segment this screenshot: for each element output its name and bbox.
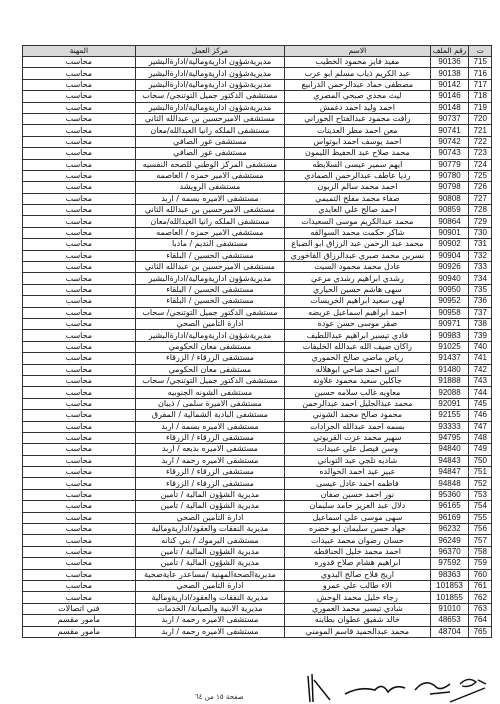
row-seq: 729 [469,216,492,227]
row-seq: 761 [469,580,492,591]
row-seq: 731 [469,239,492,250]
row-name: احمد محمد سالم الزبون [285,182,430,193]
row-profession: مأمور مقسم [23,615,136,626]
table-row: 71590136مفيد فايز محمود الخطيبمديريةشؤون… [23,57,492,68]
table-row: 74592091محمد عبدالجليل احمد عبدالرحمنمست… [23,398,492,409]
row-profession: فني اتصالات [23,603,136,614]
row-profession: محاسب [23,136,136,147]
row-file-no: 92088 [430,387,469,398]
table-row: 75094843شاديه تلجي عبد التوبانيمستشفى ال… [23,455,492,466]
row-file-no: 90902 [430,239,469,250]
row-file-no: 90926 [430,262,469,273]
row-work-center: مديرية الشؤون المالية / تأمين [135,501,285,512]
row-file-no: 90142 [430,79,469,90]
table-row: 72190741معن احمد مطر العديناتمستشفى المل… [23,125,492,136]
row-file-no: 94843 [430,455,469,466]
row-file-no: 101855 [430,592,469,603]
row-profession: محاسب [23,205,136,216]
row-seq: 744 [469,387,492,398]
header-work-center: مركز العمل [135,46,285,57]
row-profession: محاسب [23,421,136,432]
row-profession: محاسب [23,182,136,193]
row-work-center: مستشفى الزرقاء / الزرقاء [135,478,285,489]
row-name: الاء طالب علي عمرو [285,580,430,591]
row-name: سهير محمد عزت القريوتي [285,432,430,443]
row-name: اريج فلاح صالح البدوي [285,569,430,580]
table-row: 75896370احمد محمد خليل الحناقطهمديرية ال… [23,546,492,557]
row-work-center: مديرية الابنية والصيانة/ الخدمات [135,603,285,614]
row-file-no: 93333 [430,421,469,432]
row-seq: 720 [469,113,492,124]
row-seq: 737 [469,307,492,318]
row-seq: 728 [469,205,492,216]
row-seq: 725 [469,170,492,181]
row-file-no: 90742 [430,136,469,147]
row-seq: 735 [469,284,492,295]
row-name: محمد عبدالكريم موسى السعيدات [285,216,430,227]
table-header-row: ت رقم الملف الاسم مركز العمل المهنة [23,46,492,57]
row-name: رأفت محمود عبدالفتاح الحوراني [285,113,430,124]
row-profession: محاسب [23,410,136,421]
table-row: 75696232جهاد حسن سليمان ابو خضرهمديرية ا… [23,524,492,535]
row-name: حسان رضوان محمد عبيدات [285,535,430,546]
table-row: 74492088معاويه غالب سلامه حسينمستشفى الش… [23,387,492,398]
row-seq: 743 [469,375,492,386]
table-row: 72290742احمد يوسف احمد ابوتواسمستشفى غور… [23,136,492,147]
row-name: معن احمد مطر العدينات [285,125,430,136]
row-name: محمد عبدالحميد قاسم المومني [285,626,430,637]
row-seq: 738 [469,318,492,329]
row-seq: 755 [469,512,492,523]
header-file-no: رقم الملف [430,46,469,57]
table-row: 71790142مصطفى حماد عبدالرحمن الدرابيعمدي… [23,79,492,90]
row-work-center: مستشفى الحسين / البلقاء [135,284,285,295]
row-seq: 747 [469,421,492,432]
table-row: 74391888جاكلين سعيد محمود علاونهمستشفى ا… [23,375,492,386]
row-seq: 727 [469,193,492,204]
row-file-no: 94847 [430,467,469,478]
row-name: وسن فيصل علي عبيدات [285,444,430,455]
table-row: 72590780رديا عاطف عبدالرحمن الصماديمستشف… [23,170,492,181]
row-work-center: مديريةشؤون اداريةومالية/ادارةالبشير [135,79,285,90]
row-profession: مأمور مقسم [23,626,136,637]
row-work-center: مستشفى الاميره رحمه / اربد [135,626,285,637]
row-work-center: مستشفى الامير حمزه / العاصمه [135,170,285,181]
table-row: 71690138عبد الكريم ذياب مسلم ابو عربمدير… [23,68,492,79]
row-name: شاكر حكمت محمد السوالقه [285,227,430,238]
table-body: 71590136مفيد فايز محمود الخطيبمديريةشؤون… [23,57,492,638]
row-work-center: مستشفى الاميره بسمه / اربد [135,193,285,204]
row-profession: محاسب [23,262,136,273]
row-name: محمد عبد الرحمن عبد الرزاق ابو الضباع [285,239,430,250]
table-row: 73490940رشدي ابراهيم رشدي مرعيمديريةشؤون… [23,273,492,284]
row-profession: محاسب [23,273,136,284]
row-seq: 763 [469,603,492,614]
row-file-no: 90743 [430,148,469,159]
row-work-center: مديريةالصحةالمهنية /مساعدر عايةصحية [135,569,285,580]
row-file-no: 90952 [430,296,469,307]
table-row: 72990864محمد عبدالكريم موسى السعيداتمستش… [23,216,492,227]
table-row: 75294848فاطمه احمد عادل عيسىمستشفى الزرق… [23,478,492,489]
row-work-center: مستشفى الاميرحسين بن عبدالله الثاني [135,113,285,124]
table-row: 75796249حسان رضوان محمد عبيداتمستشفى الي… [23,535,492,546]
row-seq: 715 [469,57,492,68]
table-row: 74091025راكان ضيف الله عبدالله الخليفاتم… [23,341,492,352]
row-work-center: مستشفى الاميرة سلمى / ذيبان [135,398,285,409]
row-name: رديا عاطف عبدالرحمن الصمادي [285,170,430,181]
table-row: 74191437رياض ماضي صالح الحموريمستشفى الز… [23,353,492,364]
row-seq: 748 [469,432,492,443]
row-work-center: مديريةشؤون اداريةومالية/ادارةالبشير [135,330,285,341]
row-name: محمود صالح محمد الشوني [285,410,430,421]
row-seq: 724 [469,159,492,170]
row-work-center: مستشفى الشونه الجنوبيه [135,387,285,398]
row-profession: محاسب [23,524,136,535]
table-row: 762101855رجاء خليل محمد الوحشمديرية النف… [23,592,492,603]
row-seq: 733 [469,262,492,273]
row-work-center: مستشفى الملكه رانيا العبدالله/معان [135,216,285,227]
row-file-no: 96232 [430,524,469,535]
table-row: 72690798احمد محمد سالم الزبونمستشفى الرو… [23,182,492,193]
row-name: انس احمد ضاحي ابوهلاله [285,364,430,375]
row-file-no: 90901 [430,227,469,238]
table-row: 75997592ابراهيم هشام صلاح قدورهمديرية ال… [23,558,492,569]
row-seq: 753 [469,489,492,500]
row-name: ايهم سمير عيسى السلايطه [285,159,430,170]
row-name: عبير عيد احمد الخوالده [285,467,430,478]
row-profession: محاسب [23,478,136,489]
row-profession: محاسب [23,170,136,181]
row-name: ابراهيم هشام صلاح قدوره [285,558,430,569]
table-row: 73290904نسرين محمد صبري عبدالرزاق الفاخو… [23,250,492,261]
table-row: 71890146ليث مجدي صبحي المصريمستشفى الدكت… [23,91,492,102]
row-profession: محاسب [23,489,136,500]
row-profession: محاسب [23,159,136,170]
table-row: 75395360نور احمد حسين صفانمديرية الشؤون … [23,489,492,500]
row-profession: محاسب [23,455,136,466]
row-file-no: 91025 [430,341,469,352]
row-work-center: مستشفى الاميره رحمه / اربد [135,615,285,626]
row-work-center: مديريةشؤون اداريةومالية/ادارةالبشير [135,57,285,68]
row-seq: 756 [469,524,492,535]
row-name: معاويه غالب سلامه حسين [285,387,430,398]
row-file-no: 90136 [430,57,469,68]
row-profession: محاسب [23,330,136,341]
row-work-center: مستشفى اليرموك / بني كنانه [135,535,285,546]
row-profession: محاسب [23,432,136,443]
row-work-center: مديرية الشؤون المالية / تأمين [135,558,285,569]
row-file-no: 90780 [430,170,469,181]
row-file-no: 96249 [430,535,469,546]
table-row: 72890859احمد صالح علي العايديمستشفى الام… [23,205,492,216]
row-profession: محاسب [23,444,136,455]
row-name: خالد شفيق عطوان بطاينه [285,615,430,626]
row-name: دلال عبد العزيز حامد سليمان [285,501,430,512]
row-seq: 739 [469,330,492,341]
table-row: 75496165دلال عبد العزيز حامد سليمانمديري… [23,501,492,512]
table-row: 72490779ايهم سمير عيسى السلايطهمستشفى ال… [23,159,492,170]
row-profession: محاسب [23,375,136,386]
row-seq: 745 [469,398,492,409]
row-name: نور احمد حسين صفان [285,489,430,500]
table-row: 76391010شادي تيسير محمد العموريمديرية ال… [23,603,492,614]
row-name: احمد صالح علي العايدي [285,205,430,216]
row-name: مصطفى حماد عبدالرحمن الدرابيع [285,79,430,90]
row-file-no: 48704 [430,626,469,637]
row-profession: محاسب [23,341,136,352]
row-seq: 730 [469,227,492,238]
row-name: رجاء خليل محمد الوحش [285,592,430,603]
row-seq: 721 [469,125,492,136]
row-work-center: مديرية الشؤون المالية / تأمين [135,546,285,557]
table-row: 76448653خالد شفيق عطوان بطاينهمستشفى الا… [23,615,492,626]
row-work-center: مستشفى الاميرحسين بن عبدالله الثاني [135,262,285,273]
row-file-no: 90958 [430,307,469,318]
row-work-center: مستشفى الدكتور جميل التوتنجي/ سحاب [135,91,285,102]
row-seq: 746 [469,410,492,421]
table-row: 73090901شاكر حكمت محمد السوالقهمستشفى ال… [23,227,492,238]
row-seq: 732 [469,250,492,261]
row-profession: محاسب [23,501,136,512]
row-name: جاكلين سعيد محمود علاونه [285,375,430,386]
row-profession: محاسب [23,79,136,90]
row-file-no: 90148 [430,102,469,113]
row-name: نسرين محمد صبري عبدالرزاق الفاخوري [285,250,430,261]
row-work-center: مستشفى غور الصافي [135,136,285,147]
table-row: 72790808صفاء محمد مفلح التميميمستشفى الا… [23,193,492,204]
row-profession: محاسب [23,535,136,546]
row-work-center: ادارة التأمين الصحي [135,580,285,591]
row-profession: محاسب [23,68,136,79]
row-seq: 742 [469,364,492,375]
row-name: محمد صلاح عبد الحفيظ الليمون [285,148,430,159]
row-seq: 723 [469,148,492,159]
row-profession: محاسب [23,296,136,307]
row-work-center: مستشفى الاميره بديعه / اربد [135,444,285,455]
header-seq: ت [469,46,492,57]
row-work-center: مستشفى البادية الشمالية / المفرق [135,410,285,421]
row-seq: 754 [469,501,492,512]
row-profession: محاسب [23,467,136,478]
row-file-no: 48653 [430,615,469,626]
row-file-no: 90808 [430,193,469,204]
table-row: 71990148احمد وليد احمد دغمشمديريةشؤون اد… [23,102,492,113]
row-file-no: 97592 [430,558,469,569]
row-work-center: مستشفى معان الحكومي [135,341,285,352]
table-row: 73790958احمد ابراهيم اسماعيل عريضهمستشفى… [23,307,492,318]
table-row: 73890971صقر موسى حسن عودهادارة التأمين ا… [23,318,492,329]
row-file-no: 90904 [430,250,469,261]
row-file-no: 90971 [430,318,469,329]
row-work-center: مستشفى معان الحكومي [135,364,285,375]
row-file-no: 96165 [430,501,469,512]
row-file-no: 92091 [430,398,469,409]
row-work-center: ادارة التأمين الصحي [135,512,285,523]
row-work-center: مستشفى الامير حمزه / العاصمه [135,227,285,238]
row-name: جهاد حسن سليمان ابو خضره [285,524,430,535]
table-row: 74793333بسمه احمد عبدالله الجراداتمستشفى… [23,421,492,432]
signature-icon [300,672,490,704]
row-seq: 751 [469,467,492,478]
row-name: احمد وليد احمد دغمش [285,102,430,113]
row-file-no: 90798 [430,182,469,193]
row-profession: محاسب [23,569,136,580]
row-name: رياض ماضي صالح الحموري [285,353,430,364]
row-profession: محاسب [23,512,136,523]
row-work-center: مديرية النفقات والعقود/اداريةومالية [135,524,285,535]
row-profession: محاسب [23,250,136,261]
table-row: 74994840وسن فيصل علي عبيداتمستشفى الامير… [23,444,492,455]
row-work-center: مستشفى الزرقاء / الزرقاء [135,432,285,443]
row-name: عبد الكريم ذياب مسلم ابو عرب [285,68,430,79]
table-row: 761101853الاء طالب علي عمروادارة التأمين… [23,580,492,591]
row-profession: محاسب [23,239,136,250]
row-seq: 757 [469,535,492,546]
row-name: صفاء محمد مفلح التميمي [285,193,430,204]
row-profession: محاسب [23,580,136,591]
row-work-center: مستشفى الاميره رحمه / اربد [135,455,285,466]
row-profession: محاسب [23,364,136,375]
row-seq: 752 [469,478,492,489]
row-name: فاطمه احمد عادل عيسى [285,478,430,489]
row-seq: 764 [469,615,492,626]
table-row: 73190902محمد عبد الرحمن عبد الرزاق ابو ا… [23,239,492,250]
row-file-no: 90146 [430,91,469,102]
row-name: محمد عبدالجليل احمد عبدالرحمن [285,398,430,409]
row-name: عادل محمد محمود السيت [285,262,430,273]
row-file-no: 94795 [430,432,469,443]
row-profession: محاسب [23,546,136,557]
row-profession: محاسب [23,125,136,136]
row-work-center: مديريةشؤون اداريةومالية/ادارةالبشير [135,102,285,113]
row-work-center: مديريةشؤون اداريةومالية/ادارةالبشير [135,68,285,79]
table-row: 73590950سهى هاشم حسين الحياريمستشفى الحس… [23,284,492,295]
row-file-no: 92155 [430,410,469,421]
row-work-center: مستشفى الحسين / البلقاء [135,296,285,307]
row-seq: 765 [469,626,492,637]
row-work-center: ادارة التأمين الصحي [135,318,285,329]
row-work-center: مستشفى الاميرحسين بن عبدالله الثاني [135,205,285,216]
row-profession: محاسب [23,193,136,204]
table-row: 74692155محمود صالح محمد الشونيمستشفى الب… [23,410,492,421]
row-file-no: 90741 [430,125,469,136]
header-name: الاسم [285,46,430,57]
row-name: سهى هاشم حسين الحياري [285,284,430,295]
row-file-no: 90864 [430,216,469,227]
row-name: ليث مجدي صبحي المصري [285,91,430,102]
row-seq: 760 [469,569,492,580]
row-profession: محاسب [23,148,136,159]
table-row: 74291480انس احمد ضاحي ابوهلالهمستشفى معا… [23,364,492,375]
row-profession: محاسب [23,284,136,295]
table-row: 73990983فادي تيسير ابراهيم عبداللطيفمدير… [23,330,492,341]
row-seq: 718 [469,91,492,102]
row-file-no: 91480 [430,364,469,375]
table-row: 74894795سهير محمد عزت القريوتيمستشفى الز… [23,432,492,443]
row-name: احمد يوسف احمد ابوتواس [285,136,430,147]
row-file-no: 90950 [430,284,469,295]
row-profession: محاسب [23,307,136,318]
row-work-center: مستشفى الاميره بسمه / اربد [135,421,285,432]
row-work-center: مستشفى الحسين / البلقاء [135,250,285,261]
table-row: 75596169سهى موسى علي اسماعيلادارة التأمي… [23,512,492,523]
row-name: راكان ضيف الله عبدالله الخليفات [285,341,430,352]
table-row: 72090737رأفت محمود عبدالفتاح الحورانيمست… [23,113,492,124]
row-seq: 719 [469,102,492,113]
row-profession: محاسب [23,102,136,113]
employee-table: ت رقم الملف الاسم مركز العمل المهنة 7159… [22,45,492,638]
row-seq: 762 [469,592,492,603]
row-file-no: 94840 [430,444,469,455]
row-file-no: 90737 [430,113,469,124]
row-file-no: 90940 [430,273,469,284]
row-work-center: مستشفى النديم / مادبا [135,239,285,250]
row-name: شادي تيسير محمد العموري [285,603,430,614]
row-profession: محاسب [23,227,136,238]
row-file-no: 90859 [430,205,469,216]
row-seq: 741 [469,353,492,364]
table-row: 76548704محمد عبدالحميد قاسم المومنيمستشف… [23,626,492,637]
row-work-center: مستشفى الدكتور جميل التوتنجي/ سحاب [135,307,285,318]
row-profession: محاسب [23,592,136,603]
row-profession: محاسب [23,216,136,227]
row-seq: 740 [469,341,492,352]
row-seq: 758 [469,546,492,557]
row-file-no: 96169 [430,512,469,523]
row-work-center: مستشفى الدكتور جميل التوتنجي/ سحاب [135,375,285,386]
row-work-center: مستشفى الزرقاء / الزرقاء [135,467,285,478]
row-seq: 734 [469,273,492,284]
row-file-no: 90779 [430,159,469,170]
row-work-center: مستشفى غور الصافي [135,148,285,159]
row-name: احمد ابراهيم اسماعيل عريضه [285,307,430,318]
row-work-center: مستشفى الملكه رانيا العبدالله/معان [135,125,285,136]
row-name: صقر موسى حسن عوده [285,318,430,329]
row-name: لهى سعيد ابراهيم الخريسات [285,296,430,307]
row-file-no: 95360 [430,489,469,500]
table-row: 73690952لهى سعيد ابراهيم الخريساتمستشفى … [23,296,492,307]
row-name: احمد محمد خليل الحناقطه [285,546,430,557]
document-page: ت رقم الملف الاسم مركز العمل المهنة 7159… [0,0,500,704]
table-row: 75194847عبير عيد احمد الخوالدهمستشفى الز… [23,467,492,478]
row-seq: 749 [469,444,492,455]
row-file-no: 101853 [430,580,469,591]
table-row: 76098363اريج فلاح صالح البدويمديريةالصحة… [23,569,492,580]
page-number-label: صفحة ١٥ من ٦٤ [195,693,244,701]
row-work-center: مديريةشؤون اداريةومالية/ادارةالبشير [135,273,285,284]
row-profession: محاسب [23,353,136,364]
row-work-center: مستشفى المركز الوطني للصحه النفسيه [135,159,285,170]
row-name: مفيد فايز محمود الخطيب [285,57,430,68]
row-seq: 717 [469,79,492,90]
row-file-no: 90983 [430,330,469,341]
row-file-no: 94848 [430,478,469,489]
row-file-no: 98363 [430,569,469,580]
row-seq: 750 [469,455,492,466]
row-work-center: مستشفى الرويشد [135,182,285,193]
row-profession: محاسب [23,398,136,409]
row-seq: 759 [469,558,492,569]
row-file-no: 96370 [430,546,469,557]
row-profession: محاسب [23,318,136,329]
row-name: بسمه احمد عبدالله الجرادات [285,421,430,432]
row-profession: محاسب [23,113,136,124]
row-profession: محاسب [23,91,136,102]
row-seq: 736 [469,296,492,307]
row-name: شاديه تلجي عبد التوباني [285,455,430,466]
table-row: 72390743محمد صلاح عبد الحفيظ الليمونمستش… [23,148,492,159]
row-profession: محاسب [23,57,136,68]
